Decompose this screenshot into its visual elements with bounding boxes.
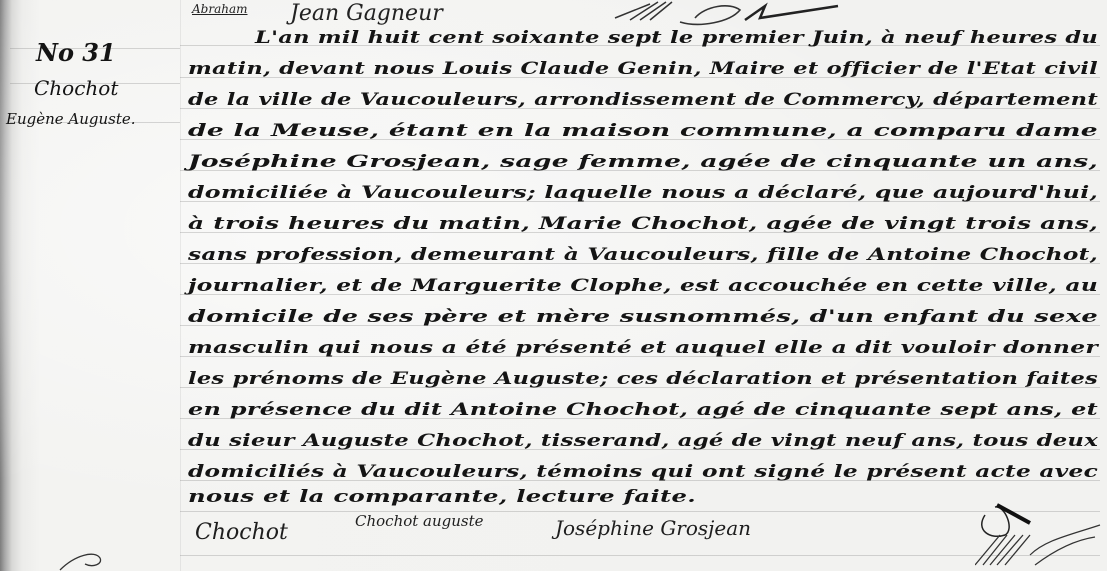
body-line-10: domicile de ses père et mère susnommés, … bbox=[188, 307, 1098, 327]
entry-given-names: Eugène Auguste. bbox=[6, 110, 136, 128]
body-line-14: du sieur Auguste Chochot, tisserand, agé… bbox=[188, 431, 1098, 451]
next-entry-flourish-icon bbox=[55, 550, 115, 571]
body-line-4: de la Meuse, étant en la maison commune,… bbox=[188, 121, 1098, 141]
previous-entry-signature: Jean Gagneur bbox=[290, 1, 443, 26]
previous-entry-label: Abraham bbox=[192, 2, 248, 16]
margin-rule bbox=[180, 0, 181, 571]
body-line-5: Joséphine Grosjean, sage femme, agée de … bbox=[188, 152, 1098, 172]
body-line-11: masculin qui nous a été présenté et auqu… bbox=[188, 338, 1098, 358]
body-line-3: de la ville de Vaucouleurs, arrondisseme… bbox=[188, 90, 1098, 110]
body-line-12: les prénoms de Eugène Auguste; ces décla… bbox=[188, 369, 1098, 389]
body-line-1: L'an mil huit cent soixante sept le prem… bbox=[255, 28, 1098, 48]
signature-chochot: Chochot bbox=[195, 520, 288, 545]
ruled-line bbox=[180, 511, 1100, 512]
signature-chochot-auguste: Chochot auguste bbox=[355, 512, 484, 530]
body-line-9: journalier, et de Marguerite Clophe, est… bbox=[188, 276, 1098, 296]
body-line-13: en présence du dit Antoine Chochot, agé … bbox=[188, 400, 1098, 420]
signature-josephine-grosjean: Joséphine Grosjean bbox=[555, 516, 751, 540]
ruled-line bbox=[180, 555, 1100, 556]
body-line-6: domiciliée à Vaucouleurs; laquelle nous … bbox=[188, 183, 1098, 203]
register-page: Abraham Jean Gagneur No 31 Chochot Eugèn… bbox=[0, 0, 1107, 571]
body-line-8: sans profession, demeurant à Vaucouleurs… bbox=[188, 245, 1098, 265]
body-line-16: nous et la comparante, lecture faite. bbox=[188, 487, 696, 507]
body-line-2: matin, devant nous Louis Claude Genin, M… bbox=[188, 59, 1098, 79]
entry-number: No 31 bbox=[36, 38, 116, 67]
body-line-15: domiciliés à Vaucouleurs, témoins qui on… bbox=[188, 462, 1098, 482]
paraph-flourish-icon bbox=[610, 0, 850, 30]
body-line-7: à trois heures du matin, Marie Chochot, … bbox=[188, 214, 1098, 234]
mayor-paraph-icon bbox=[975, 495, 1105, 571]
entry-surname: Chochot bbox=[34, 76, 118, 100]
